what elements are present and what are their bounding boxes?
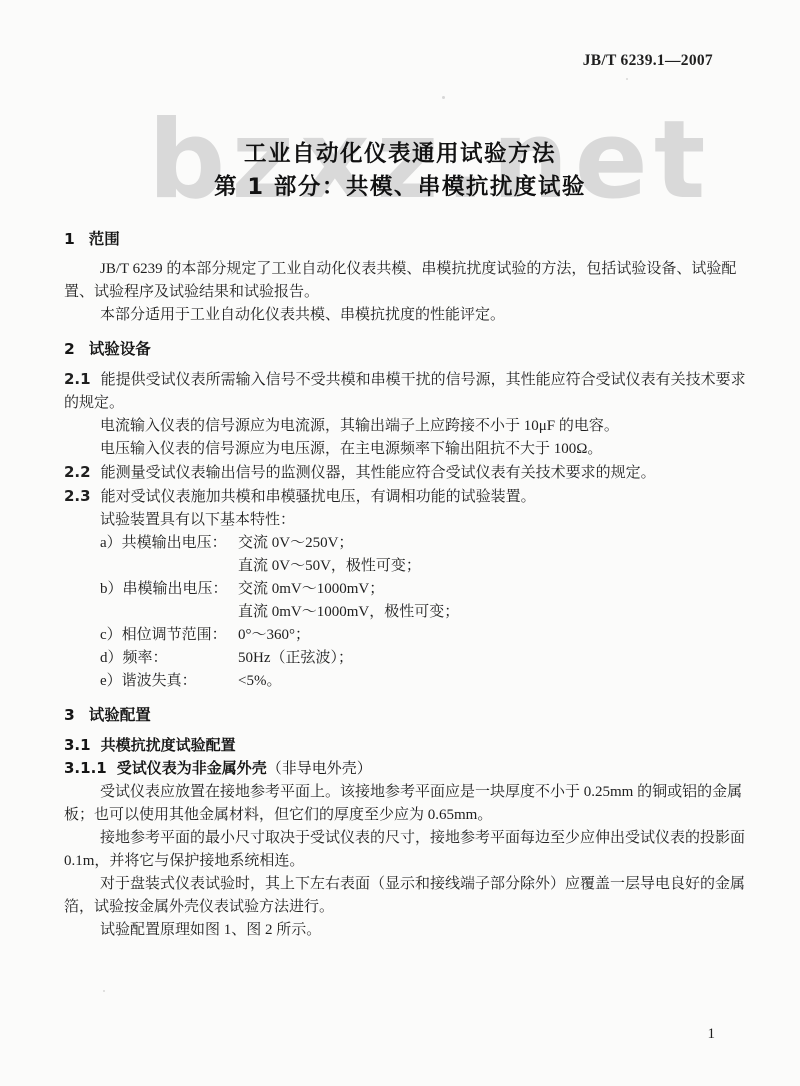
heading-suffix: （非导电外壳） xyxy=(267,761,372,777)
spec-value: <5%。 xyxy=(238,670,748,693)
heading-number: 3 xyxy=(64,706,75,724)
page-number: 1 xyxy=(708,1026,716,1043)
spec-row: e）谐波失真： <5%。 xyxy=(100,670,748,693)
heading-label: 试验配置 xyxy=(89,706,151,724)
heading-number: 3.1.1 xyxy=(64,759,107,777)
clause-2-1-paragraph-1: 电流输入仪表的信号源应为电流源，其输出端子上应跨接不小于 10μF 的电容。 xyxy=(64,415,748,438)
spec-row: d）频率： 50Hz（正弦波）； xyxy=(100,647,748,670)
spec-label xyxy=(100,555,238,578)
clause-text: 能提供受试仪表所需输入信号不受共模和串模干扰的信号源，其性能应符合受试仪表有关技… xyxy=(64,372,746,411)
clause-number: 2.2 xyxy=(64,463,91,481)
spec-row: 直流 0mV～1000mV，极性可变； xyxy=(100,601,748,624)
standard-code: JB/T 6239.1—2007 xyxy=(583,52,713,70)
scan-speck xyxy=(103,990,105,992)
clause-2-1-paragraph-2: 电压输入仪表的信号源应为电压源，在主电源频率下输出阻抗不大于 100Ω。 xyxy=(64,438,748,461)
section-1-heading: 1范围 xyxy=(64,228,748,251)
content-area: 1范围 JB/T 6239 的本部分规定了工业自动化仪表共模、串模抗扰度试验的方… xyxy=(64,228,748,942)
section-3-1-1-heading: 3.1.1受试仪表为非金属外壳（非导电外壳） xyxy=(64,757,748,781)
section-3-paragraph-3: 对于盘装式仪表试验时，其上下左右表面（显示和接线端子部分除外）应覆盖一层导电良好… xyxy=(64,873,748,919)
spec-row: b）串模输出电压： 交流 0mV～1000mV； xyxy=(100,578,748,601)
spec-value: 交流 0mV～1000mV； xyxy=(238,578,748,601)
spec-label: a）共模输出电压： xyxy=(100,532,238,555)
spec-value: 直流 0mV～1000mV，极性可变； xyxy=(238,601,748,624)
spec-list: a）共模输出电压： 交流 0V～250V； 直流 0V～50V，极性可变； b）… xyxy=(100,532,748,693)
spec-value: 0°～360°； xyxy=(238,624,748,647)
doc-title-line1: 工业自动化仪表通用试验方法 xyxy=(0,138,800,171)
clause-number: 2.1 xyxy=(64,370,91,388)
spec-row: a）共模输出电压： 交流 0V～250V； xyxy=(100,532,748,555)
section-3-1-heading: 3.1共模抗扰度试验配置 xyxy=(64,734,748,757)
spec-row: c）相位调节范围： 0°～360°； xyxy=(100,624,748,647)
heading-number: 2 xyxy=(64,340,75,358)
clause-2-2: 2.2能测量受试仪表输出信号的监测仪器，其性能应符合受试仪表有关技术要求的规定。 xyxy=(64,461,748,485)
section-2-heading: 2试验设备 xyxy=(64,338,748,361)
section-3-heading: 3试验配置 xyxy=(64,704,748,727)
section-3-paragraph-4: 试验配置原理如图 1、图 2 所示。 xyxy=(64,919,748,942)
section-1-paragraph-1: JB/T 6239 的本部分规定了工业自动化仪表共模、串模抗扰度试验的方法，包括… xyxy=(64,258,748,304)
clause-text: 能测量受试仪表输出信号的监测仪器，其性能应符合受试仪表有关技术要求的规定。 xyxy=(101,465,656,481)
clause-2-3-intro: 试验装置具有以下基本特性： xyxy=(64,509,748,532)
heading-label: 范围 xyxy=(89,230,120,248)
heading-number: 3.1 xyxy=(64,736,91,754)
section-3-paragraph-2: 接地参考平面的最小尺寸取决于受试仪表的尺寸，接地参考平面每边至少应伸出受试仪表的… xyxy=(64,827,748,873)
section-1-paragraph-2: 本部分适用于工业自动化仪表共模、串模抗扰度的性能评定。 xyxy=(64,304,748,327)
clause-text: 能对受试仪表施加共模和串模骚扰电压，有调相功能的试验装置。 xyxy=(101,489,536,505)
spec-label: b）串模输出电压： xyxy=(100,578,238,601)
clause-number: 2.3 xyxy=(64,487,91,505)
heading-number: 1 xyxy=(64,230,75,248)
spec-value: 交流 0V～250V； xyxy=(238,532,748,555)
title-block: 工业自动化仪表通用试验方法 第 1 部分：共模、串模抗扰度试验 xyxy=(0,138,800,204)
clause-2-1: 2.1能提供受试仪表所需输入信号不受共模和串模干扰的信号源，其性能应符合受试仪表… xyxy=(64,368,748,415)
scan-speck xyxy=(626,78,628,80)
spec-value: 50Hz（正弦波）； xyxy=(238,647,748,670)
spec-value: 直流 0V～50V，极性可变； xyxy=(238,555,748,578)
clause-2-3: 2.3能对受试仪表施加共模和串模骚扰电压，有调相功能的试验装置。 xyxy=(64,485,748,509)
heading-label: 受试仪表为非金属外壳 xyxy=(117,759,267,777)
heading-label: 共模抗扰度试验配置 xyxy=(101,736,236,754)
spec-label: e）谐波失真： xyxy=(100,670,238,693)
spec-label xyxy=(100,601,238,624)
doc-title-line2: 第 1 部分：共模、串模抗扰度试验 xyxy=(0,171,800,204)
spec-label: c）相位调节范围： xyxy=(100,624,238,647)
document-page: JB/T 6239.1—2007 bzxz.net 工业自动化仪表通用试验方法 … xyxy=(0,0,800,1086)
spec-row: 直流 0V～50V，极性可变； xyxy=(100,555,748,578)
spec-label: d）频率： xyxy=(100,647,238,670)
heading-label: 试验设备 xyxy=(89,340,151,358)
section-3-paragraph-1: 受试仪表应放置在接地参考平面上。该接地参考平面应是一块厚度不小于 0.25mm … xyxy=(64,781,748,827)
